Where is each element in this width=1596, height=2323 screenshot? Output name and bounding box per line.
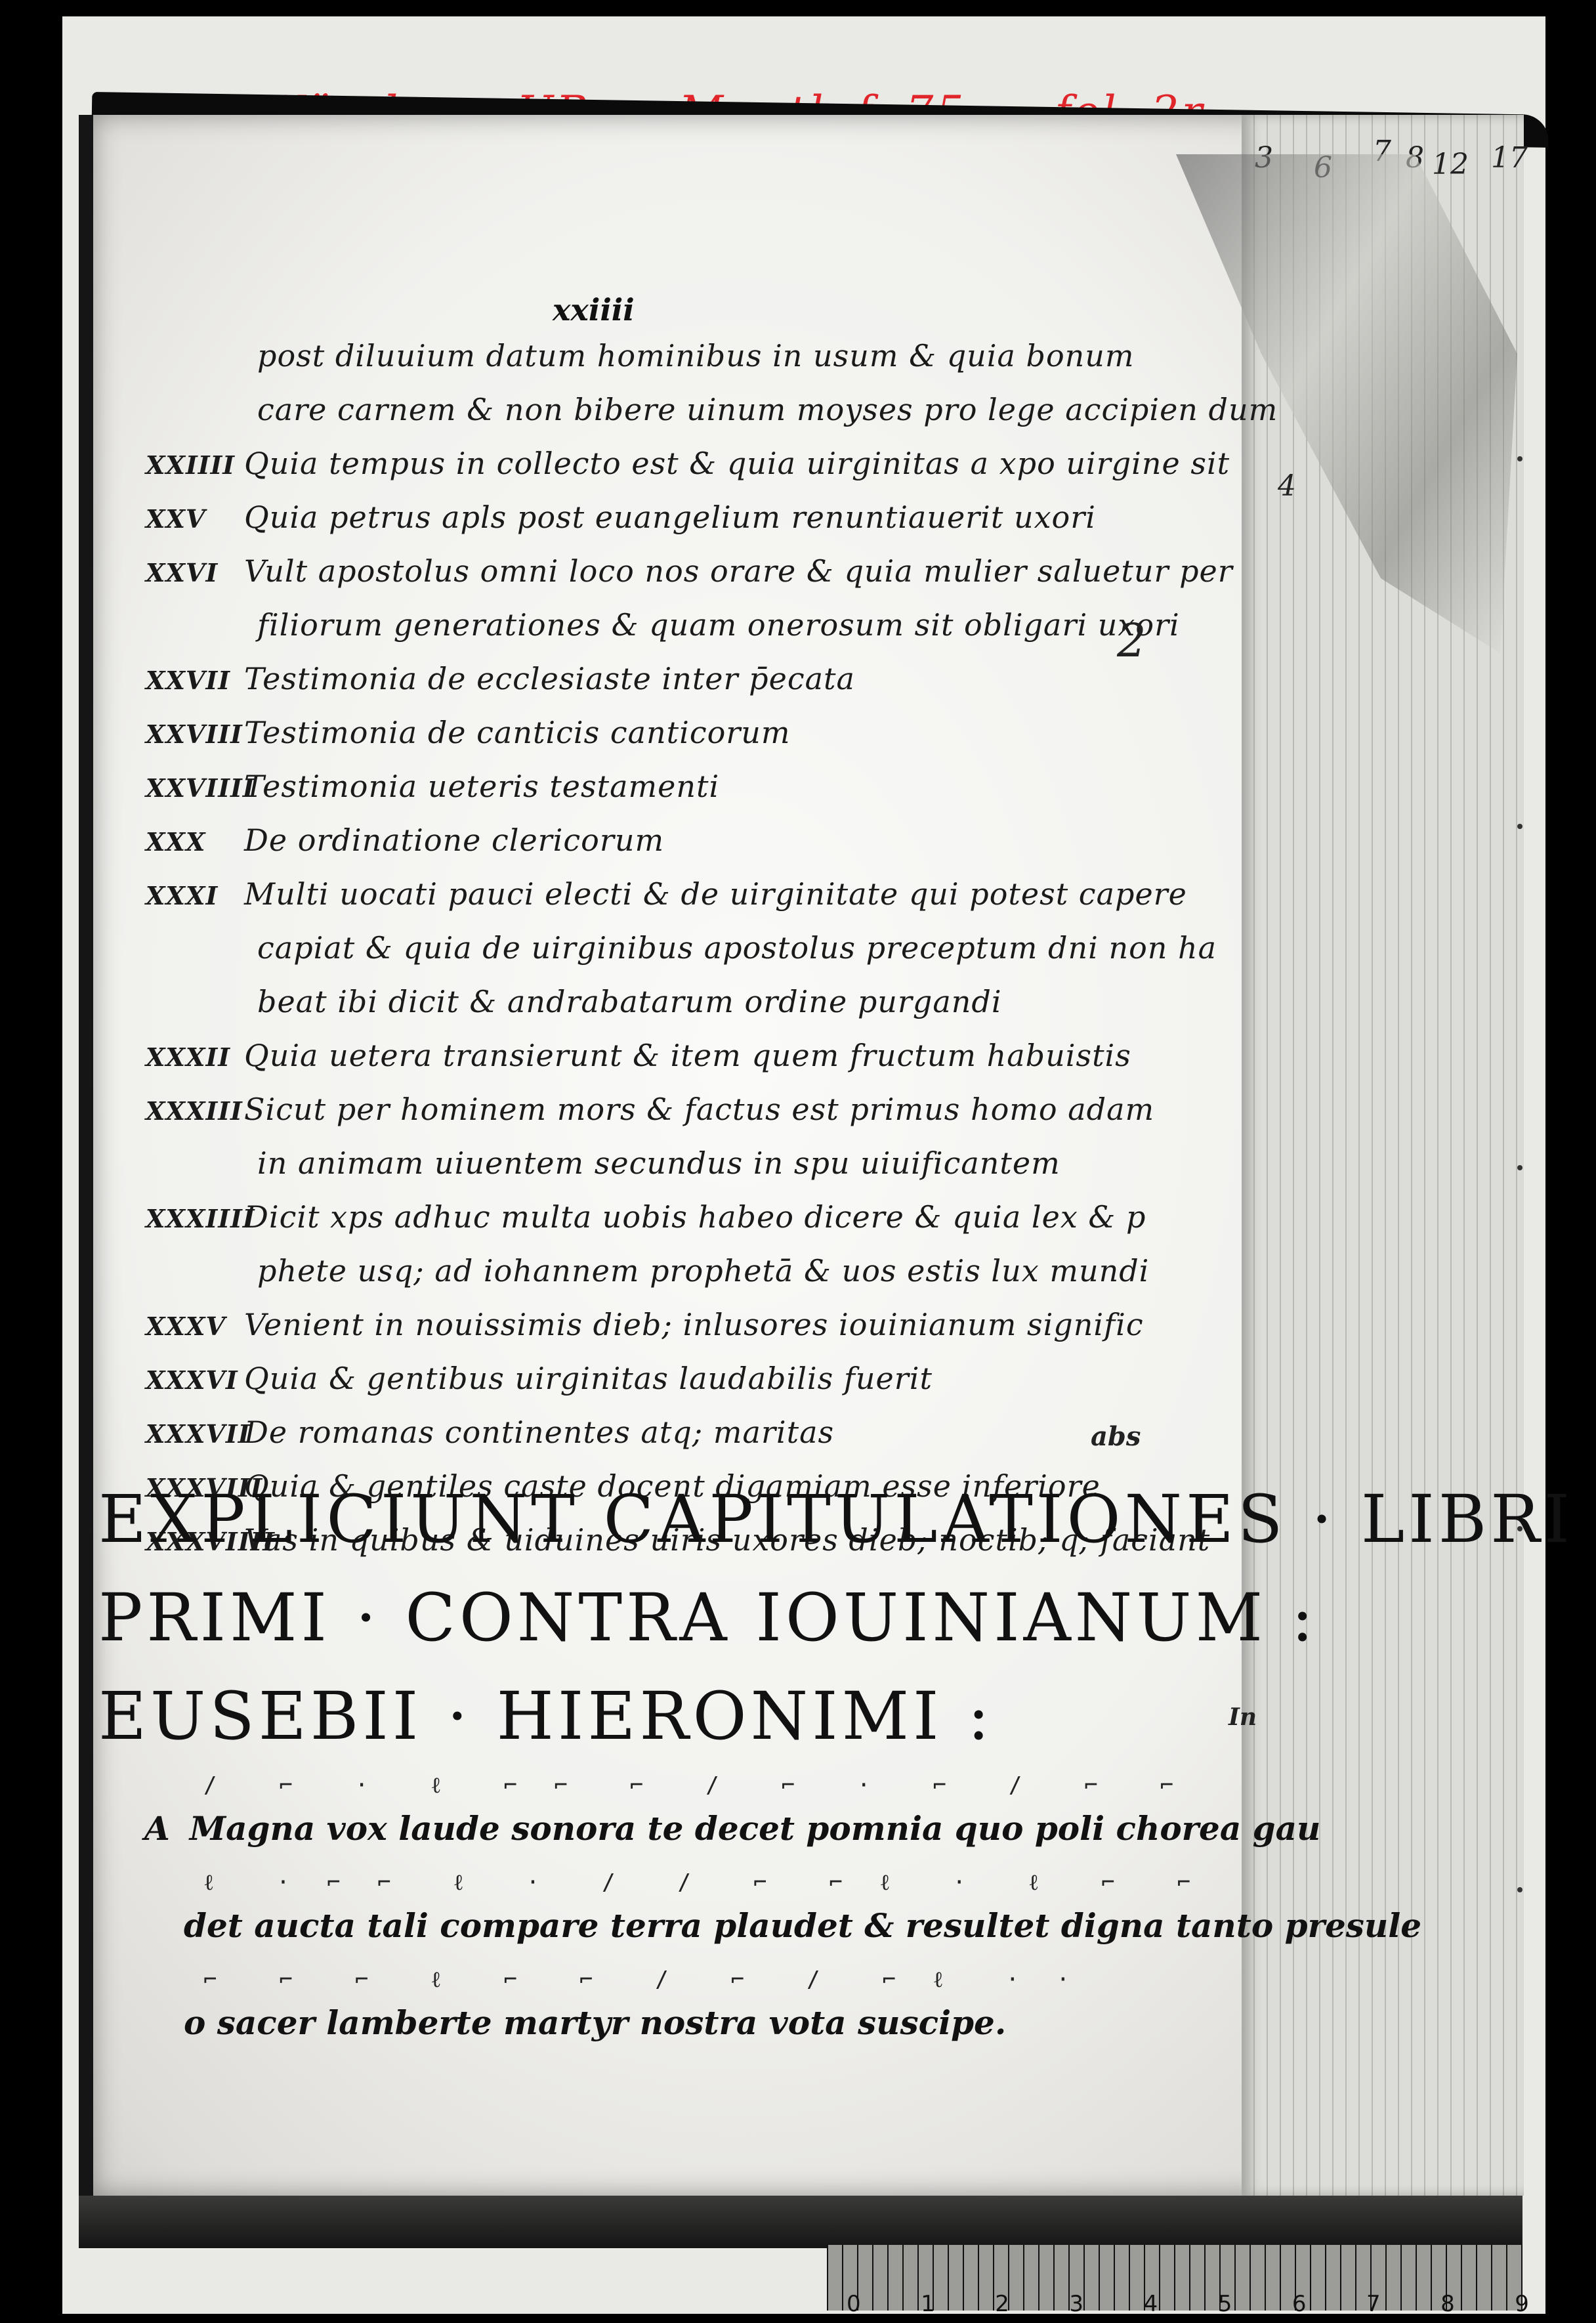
chapter-text: Testimonia de canticis canticorum — [244, 715, 791, 750]
ruler-number: 8 — [1440, 2291, 1455, 2317]
neume-row: ℓ · ⌐ ⌐ ℓ · / / ⌐ ⌐ ℓ · ℓ ⌐ ⌐ — [144, 1869, 1391, 1906]
chapter-text: Quia petrus apls post euangelium renunti… — [244, 500, 1096, 535]
neumed-chant: / ⌐ · ℓ ⌐ ⌐ ⌐ / ⌐ · ⌐ / ⌐ ⌐ AMagna vox l… — [144, 1772, 1391, 2064]
ruler-number: 7 — [1366, 2291, 1381, 2317]
chapter-line: XXXVVenient in nouissimis dieb; inlusore… — [146, 1307, 1425, 1361]
page-bottom-shadow — [79, 2196, 1522, 2248]
chapter-line: XXXIIISicut per hominem mors & factus es… — [146, 1092, 1425, 1145]
chapter-text: filiorum generationes & quam onerosum si… — [257, 607, 1180, 643]
chapter-line: XXXIMulti uocati pauci electi & de uirgi… — [146, 876, 1425, 930]
chapter-text: Dicit xps adhuc multa uobis habeo dicere… — [244, 1199, 1146, 1235]
chapter-line: XXXDe ordinatione clericorum — [146, 822, 1425, 876]
chapter-text: Quia & gentibus uirginitas laudabilis fu… — [244, 1361, 933, 1396]
chapter-text: Sicut per hominem mors & factus est prim… — [244, 1092, 1154, 1127]
chapter-text: Vult apostolus omni loco nos orare & qui… — [244, 553, 1233, 589]
explicit-line: EXPLICIUNT CAPITULATIONES · LIBRI — [98, 1470, 1345, 1569]
pricking-mark — [1517, 824, 1522, 829]
chant-text-line: det aucta tali compare terra plaudet & r… — [144, 1906, 1391, 1967]
chapter-text: Multi uocati pauci electi & de uirginita… — [244, 876, 1187, 912]
chapter-text: Testimonia ueteris testamenti — [244, 769, 719, 804]
margin-number-2: 2 — [1117, 614, 1146, 668]
chant-text-line: AMagna vox laude sonora te decet pomnia … — [144, 1809, 1391, 1869]
chant-text: Magna vox laude sonora te decet pomnia q… — [190, 1809, 1321, 1848]
ruler-number: 4 — [1144, 2291, 1158, 2317]
leaf-tab-number: 12 — [1432, 148, 1469, 181]
chapter-line: phete usq; ad iohannem prophetā & uos es… — [146, 1253, 1425, 1307]
chapter-number: XXVIIII — [146, 773, 244, 803]
chapter-line: XXVIITestimonia de ecclesiaste inter p̄e… — [146, 661, 1425, 715]
chapter-text: Quia tempus in collecto est & quia uirgi… — [244, 446, 1230, 481]
chapter-number: XXXVII — [146, 1419, 244, 1449]
chapter-text: capiat & quia de uirginibus apostolus pr… — [257, 930, 1217, 966]
chapter-text: Quia uetera transierunt & item quem fruc… — [244, 1038, 1131, 1073]
pricking-mark — [1517, 1165, 1522, 1170]
explicit-line: PRIMI · CONTRA IOUINIANUM : — [98, 1569, 1345, 1667]
chapter-number: XXXVI — [146, 1365, 244, 1395]
chapter-number: XXXIII — [146, 1096, 244, 1126]
chapter-number: XXXII — [146, 1042, 244, 1072]
chapter-line: XXVIIIITestimonia ueteris testamenti — [146, 769, 1425, 822]
chapter-number: XXVII — [146, 666, 244, 695]
neume-row: ⌐ ⌐ ⌐ ℓ ⌐ ⌐ / ⌐ / ⌐ ℓ · · — [144, 1967, 1391, 2003]
ruler-number: 5 — [1218, 2291, 1232, 2317]
chapter-text: in animam uiuentem secundus in spu uiuif… — [257, 1145, 1060, 1181]
ruler-number: 3 — [1069, 2291, 1083, 2317]
chapter-number: XXXV — [146, 1311, 244, 1341]
chapter-text: care carnem & non bibere uinum moyses pr… — [257, 392, 1278, 427]
neume-row: / ⌐ · ℓ ⌐ ⌐ ⌐ / ⌐ · ⌐ / ⌐ ⌐ — [144, 1772, 1391, 1809]
chapter-line: XXXVIQuia & gentibus uirginitas laudabil… — [146, 1361, 1425, 1415]
ruler-number: 1 — [921, 2291, 935, 2317]
chapter-line: capiat & quia de uirginibus apostolus pr… — [146, 930, 1425, 984]
chapter-line: beat ibi dicit & andrabatarum ordine pur… — [146, 984, 1425, 1038]
chant-rubric: A — [144, 1809, 170, 1848]
chapter-number: XXIIII — [146, 450, 244, 480]
chapter-text: Venient in nouissimis dieb; inlusores io… — [244, 1307, 1144, 1342]
chapter-line: in animam uiuentem secundus in spu uiuif… — [146, 1145, 1425, 1199]
chapter-number: XXXIIII — [146, 1204, 244, 1233]
ruler-number: 0 — [847, 2291, 861, 2317]
ruler-scale: 0 1 2 3 4 5 6 7 8 9 — [847, 2291, 1529, 2317]
chapter-line: XXVIIITestimonia de canticis canticorum — [146, 715, 1425, 769]
pricking-mark — [1517, 456, 1522, 461]
chapter-text: phete usq; ad iohannem prophetā & uos es… — [257, 1253, 1149, 1289]
leaf-tab-number: 17 — [1491, 141, 1528, 175]
ruler-number: 2 — [995, 2291, 1009, 2317]
chapter-line: filiorum generationes & quam onerosum si… — [146, 607, 1425, 661]
chapter-number: XXX — [146, 827, 244, 857]
explicit-line: EUSEBII · HIERONIMI : — [98, 1667, 1345, 1766]
chapter-text: post diluuium datum hominibus in usum & … — [257, 338, 1135, 373]
chapter-text: beat ibi dicit & andrabatarum ordine pur… — [257, 984, 1002, 1019]
chapter-line: care carnem & non bibere uinum moyses pr… — [146, 392, 1425, 446]
quire-mark: xxiiii — [553, 292, 635, 328]
ruler-number: 6 — [1292, 2291, 1307, 2317]
chapter-line: XXVIVult apostolus omni loco nos orare &… — [146, 553, 1425, 607]
ruler-number: 9 — [1515, 2291, 1529, 2317]
chapter-number: XXVIII — [146, 719, 244, 749]
chapter-text: Testimonia de ecclesiaste inter p̄ecata — [244, 661, 855, 696]
margin-note-abs: abs — [1091, 1421, 1141, 1452]
explicit-heading: EXPLICIUNT CAPITULATIONES · LIBRI PRIMI … — [98, 1470, 1345, 1766]
chapter-line: XXVQuia petrus apls post euangelium renu… — [146, 500, 1425, 553]
chapter-text: De romanas continentes atq; maritas — [244, 1415, 834, 1450]
chapter-number: XXV — [146, 504, 244, 534]
chapter-line: XXXIIQuia uetera transierunt & item quem… — [146, 1038, 1425, 1092]
pricking-mark — [1517, 1887, 1522, 1892]
chapter-list: post diluuium datum hominibus in usum & … — [146, 338, 1425, 1576]
chapter-number: XXVI — [146, 558, 244, 587]
chapter-line: XXIIIIQuia tempus in collecto est & quia… — [146, 446, 1425, 500]
chapter-line: post diluuium datum hominibus in usum & … — [146, 338, 1425, 392]
chapter-number: XXXI — [146, 881, 244, 910]
chant-text-line: o sacer lamberte martyr nostra vota susc… — [144, 2003, 1391, 2064]
chapter-line: XXXIIIIDicit xps adhuc multa uobis habeo… — [146, 1199, 1425, 1253]
chapter-line: XXXVIIDe romanas continentes atq; marita… — [146, 1415, 1425, 1468]
chapter-text: De ordinatione clericorum — [244, 822, 664, 858]
